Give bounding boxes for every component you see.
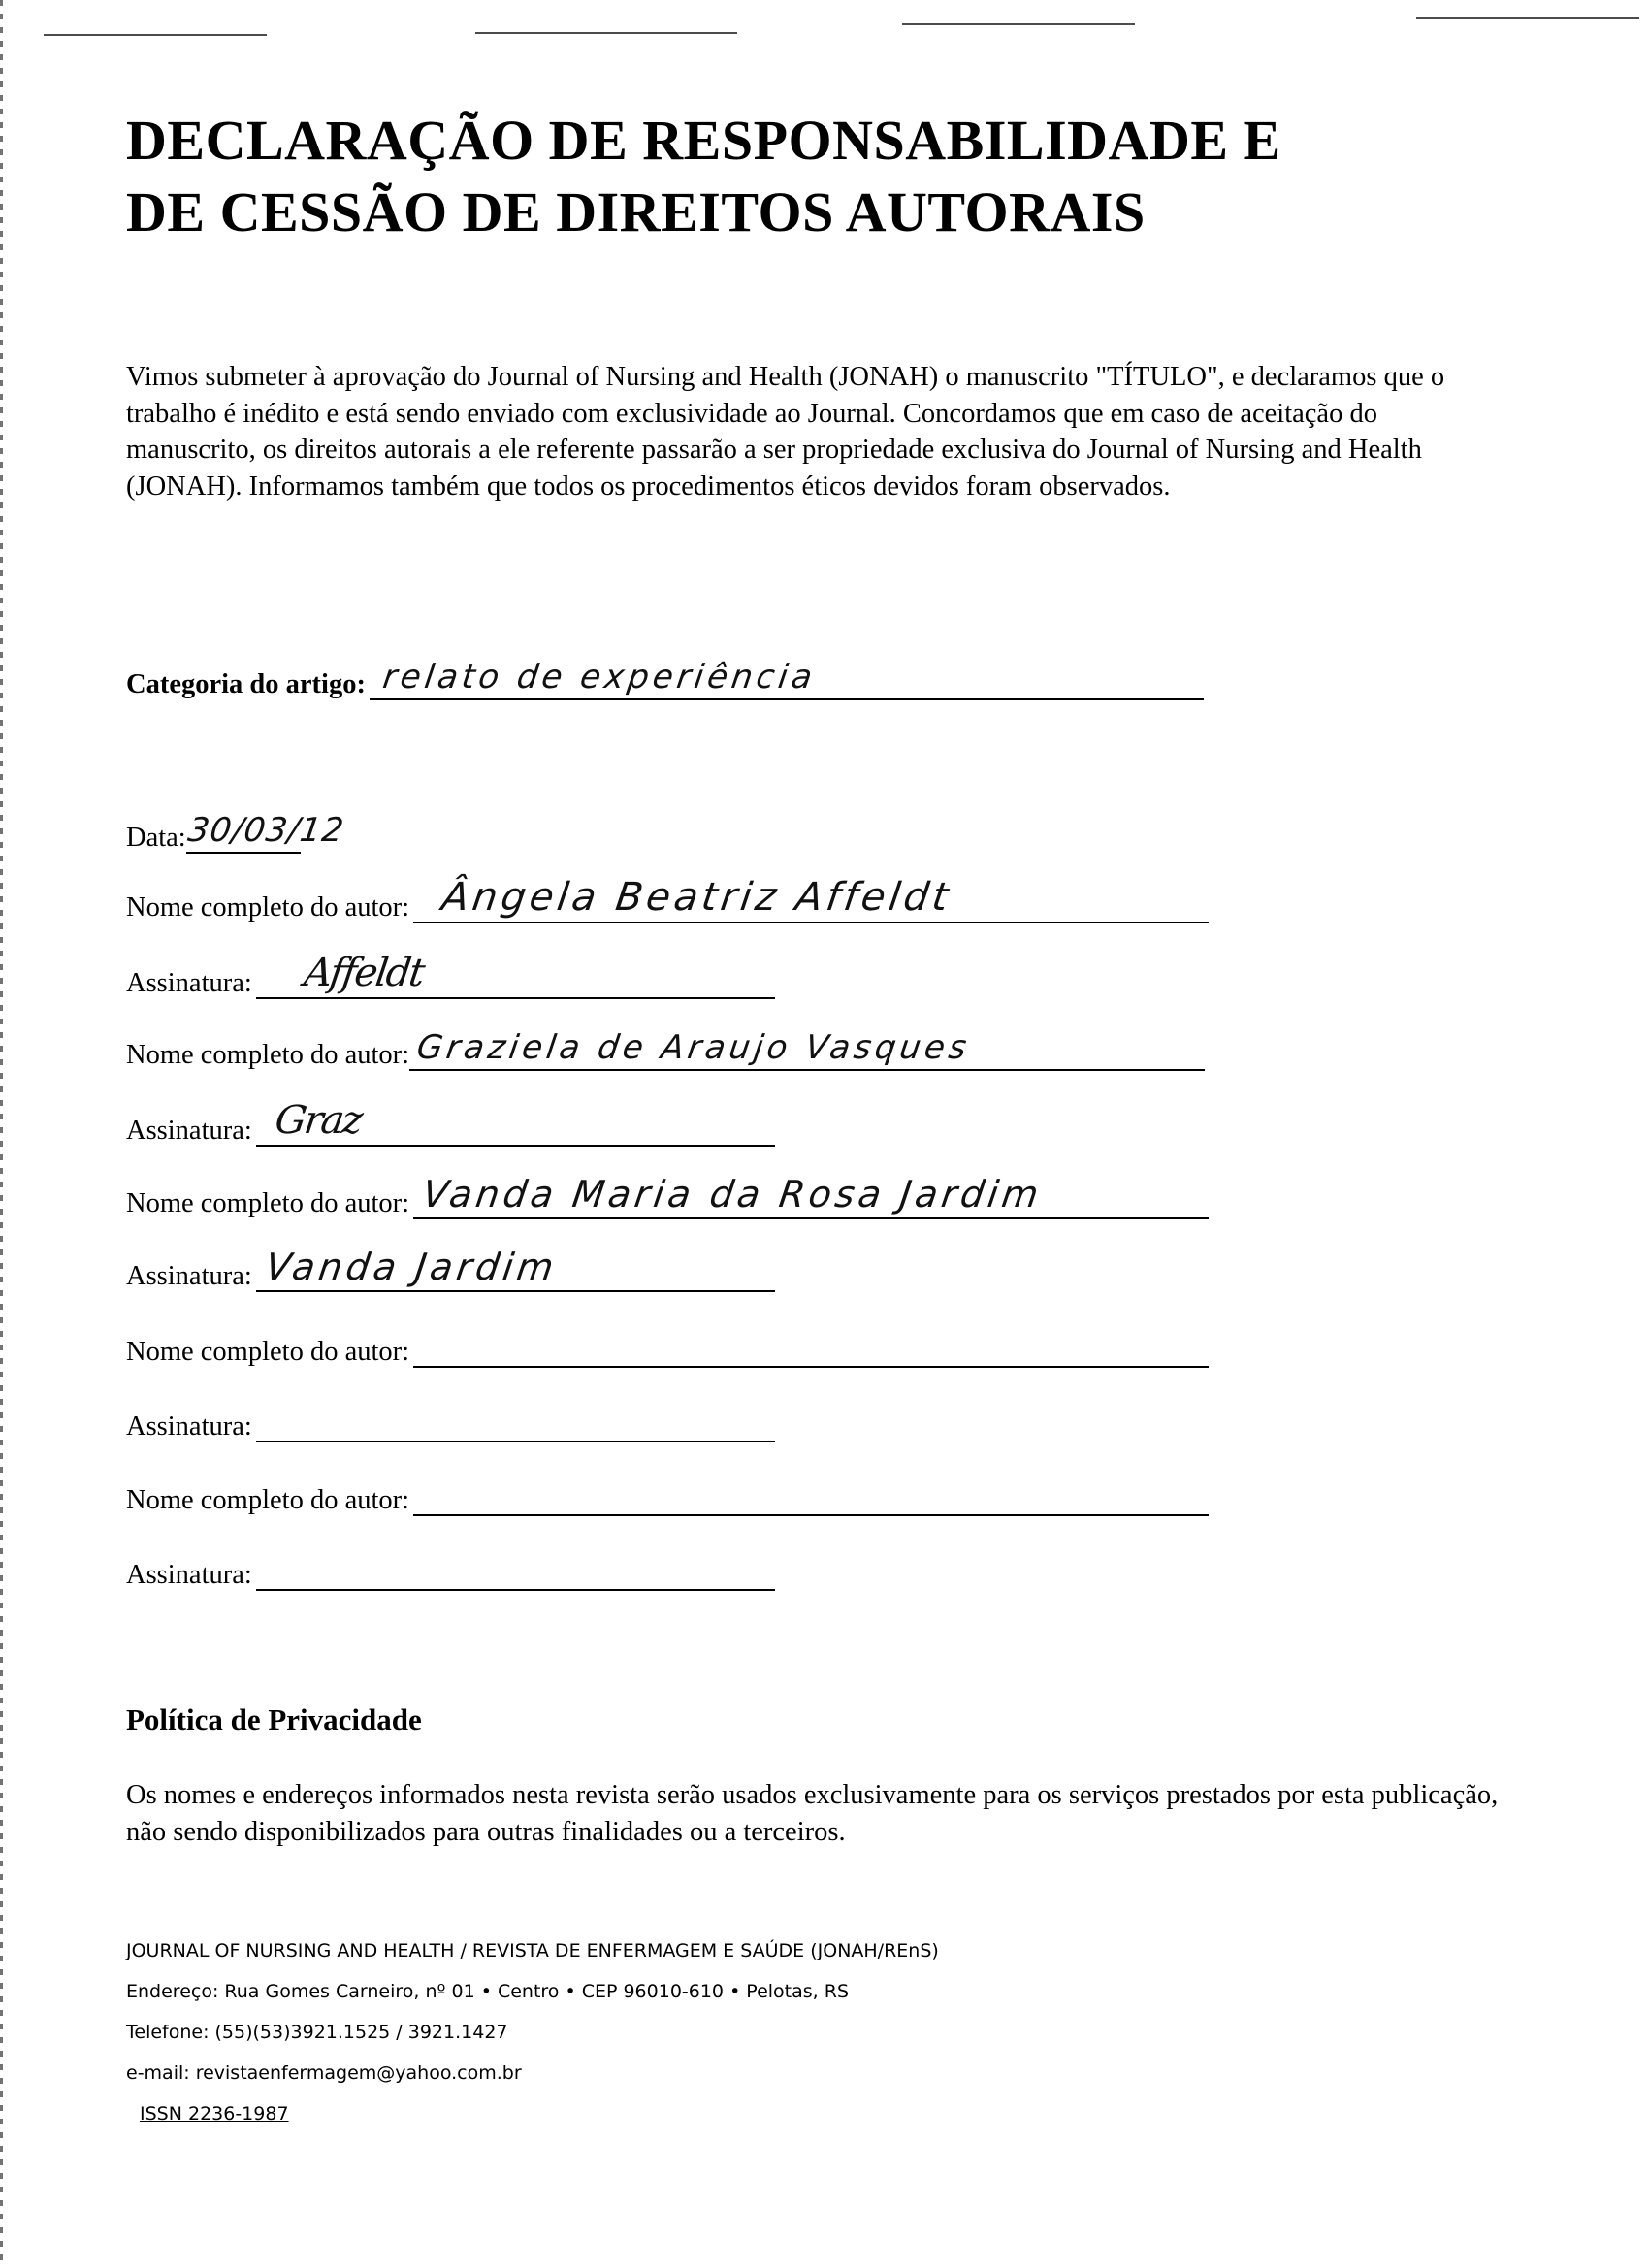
signature-field-3: Assinatura: Vanda Jardim (126, 1251, 775, 1292)
journal-email[interactable]: e-mail: revistaenfermagem@yahoo.com.br (126, 2053, 939, 2093)
signature-field-2: Assinatura: Graz (126, 1106, 775, 1147)
journal-footer: JOURNAL OF NURSING AND HEALTH / REVISTA … (126, 1930, 939, 2134)
category-input[interactable]: relato de experiência (370, 660, 1204, 700)
signature-label: Assinatura: (126, 1411, 252, 1442)
author-name-label: Nome completo do autor: (126, 1485, 409, 1516)
signature-label: Assinatura: (126, 968, 252, 999)
scan-top-artifact (44, 34, 267, 36)
journal-phone: Telefone: (55)(53)3921.1525 / 3921.1427 (126, 2012, 939, 2053)
signature-label: Assinatura: (126, 1560, 252, 1591)
document-title: DECLARAÇÃO DE RESPONSABILIDADE E DE CESS… (126, 105, 1281, 248)
category-label: Categoria do artigo: (126, 669, 366, 700)
scanned-form-page: DECLARAÇÃO DE RESPONSABILIDADE E DE CESS… (0, 0, 1649, 2268)
signature-value-1: Affeldt (302, 951, 426, 995)
category-value: relato de experiência (380, 658, 818, 697)
date-input[interactable]: 30/03/12 (186, 813, 301, 854)
journal-name: JOURNAL OF NURSING AND HEALTH / REVISTA … (126, 1930, 939, 1971)
signature-input-1[interactable]: Affeldt (256, 958, 775, 999)
author-name-field-4: Nome completo do autor: (126, 1327, 1209, 1368)
signature-input-5[interactable] (256, 1550, 775, 1591)
author-name-field-5: Nome completo do autor: (126, 1475, 1209, 1516)
author-name-input-5[interactable] (413, 1475, 1209, 1516)
scan-edge-artifact (0, 0, 3, 2268)
author-name-input-3[interactable]: Vanda Maria da Rosa Jardim (413, 1179, 1209, 1219)
signature-value-3: Vanda Jardim (263, 1246, 560, 1288)
declaration-paragraph: Vimos submeter à aprovação do Journal of… (126, 359, 1474, 504)
journal-address: Endereço: Rua Gomes Carneiro, nº 01 • Ce… (126, 1971, 939, 2012)
signature-input-3[interactable]: Vanda Jardim (256, 1251, 775, 1292)
author-name-input-1[interactable]: Ângela Beatriz Affeldt (413, 883, 1209, 923)
signature-field-1: Assinatura: Affeldt (126, 958, 775, 999)
author-name-field-1: Nome completo do autor: Ângela Beatriz A… (126, 883, 1209, 923)
author-name-value-1: Ângela Beatriz Affeldt (439, 875, 954, 920)
author-name-field-3: Nome completo do autor: Vanda Maria da R… (126, 1179, 1209, 1219)
author-name-value-2: Graziela de Araujo Vasques (414, 1028, 972, 1067)
signature-field-4: Assinatura: (126, 1402, 775, 1442)
privacy-policy-text: Os nomes e endereços informados nesta re… (126, 1777, 1533, 1851)
signature-label: Assinatura: (126, 1261, 252, 1292)
date-value: 30/03/12 (185, 811, 346, 850)
author-name-input-4[interactable] (413, 1327, 1209, 1368)
date-label: Data: (126, 823, 186, 854)
author-name-field-2: Nome completo do autor: Graziela de Arau… (126, 1030, 1205, 1071)
journal-issn: ISSN 2236-1987 (140, 2093, 939, 2134)
category-field: Categoria do artigo: relato de experiênc… (126, 660, 1204, 700)
author-name-input-2[interactable]: Graziela de Araujo Vasques (409, 1030, 1205, 1071)
signature-value-2: Graz (273, 1098, 364, 1143)
author-name-label: Nome completo do autor: (126, 1040, 409, 1071)
signature-input-2[interactable]: Graz (256, 1106, 775, 1147)
author-name-label: Nome completo do autor: (126, 1337, 409, 1368)
signature-input-4[interactable] (256, 1402, 775, 1442)
author-name-label: Nome completo do autor: (126, 1188, 409, 1219)
author-name-value-3: Vanda Maria da Rosa Jardim (420, 1173, 1045, 1215)
privacy-policy-heading: Política de Privacidade (126, 1702, 422, 1737)
scan-top-artifact (1416, 17, 1639, 19)
signature-field-5: Assinatura: (126, 1550, 775, 1591)
scan-top-artifact (902, 23, 1135, 25)
date-field: Data: 30/03/12 (126, 813, 301, 854)
author-name-label: Nome completo do autor: (126, 892, 409, 923)
signature-label: Assinatura: (126, 1116, 252, 1147)
scan-top-artifact (475, 32, 737, 34)
